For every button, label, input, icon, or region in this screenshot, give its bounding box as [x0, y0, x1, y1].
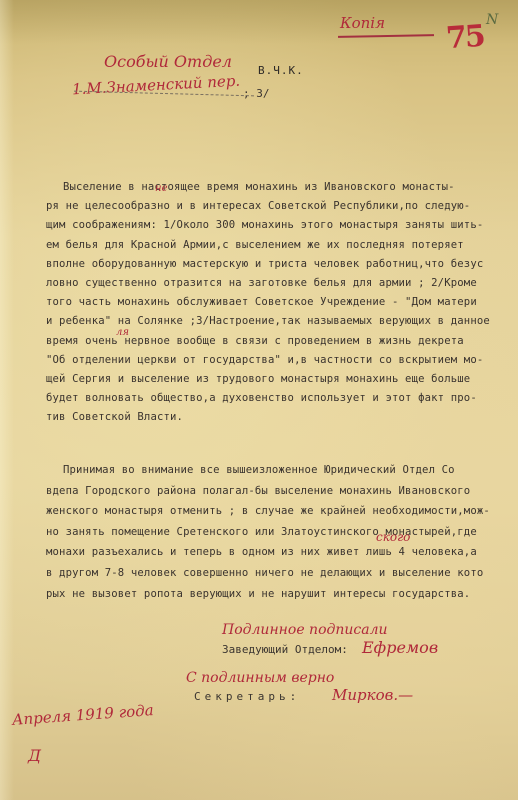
text-line: ря не целесообразно и в интересах Советс… [46, 197, 514, 216]
paper-shading-left [0, 0, 14, 800]
body-paragraph-2: Принимая во внимание все вышеизложенное … [46, 460, 514, 604]
copy-stamp: Копія [340, 14, 385, 32]
handwritten-initial: Д [28, 746, 41, 765]
head-of-department-signature: Ефремов [362, 638, 438, 657]
text-line: щей Сергия и выселение из трудового мона… [46, 370, 514, 389]
paper-shading-top [0, 0, 518, 44]
head-of-department-label: Заведующий Отделом: [222, 643, 348, 656]
handwritten-correction: ля [116, 327, 129, 338]
text-line: в другом 7-8 человек совершенно ничего н… [46, 563, 514, 584]
text-line: того часть монахинь обслуживает Советско… [46, 293, 514, 312]
certified-copy-note: С подлинным верно [186, 670, 334, 686]
header-address-number: ; 3/ [243, 87, 270, 100]
header-department: Особый Отдел [104, 52, 232, 71]
body-paragraph-1: Выселение в настоящее время монахинь из … [46, 178, 514, 428]
handwritten-insertion: не [155, 183, 168, 194]
secretary-signature: Мирков.— [332, 686, 413, 704]
text-line: щим соображениям: 1/Около 300 монахинь э… [46, 216, 514, 235]
text-line: Выселение в настоящее время монахинь из … [46, 178, 514, 197]
text-line: Принимая во внимание все вышеизложенное … [46, 460, 514, 481]
secretary-label: Секретарь: [194, 690, 300, 703]
text-line: ем белья для Красной Армии,с выселением … [46, 236, 514, 255]
archival-document-page: Копія 75 N Особый Отдел В.Ч.К. 1.М.Знаме… [0, 0, 518, 800]
handwritten-date: Апреля 1919 года [12, 701, 155, 729]
text-line: женского монастыря отменить ; в случае ж… [46, 501, 514, 522]
text-line: "Об отделении церкви от государства" и,в… [46, 351, 514, 370]
text-line: но занять помещение Сретенского или Злат… [46, 522, 514, 543]
text-line: монахи разъехались и теперь в одном из н… [46, 542, 514, 563]
text-line: рых не вызовет ропота верующих и не нару… [46, 584, 514, 605]
text-line: ловно существенно отразится на заготовке… [46, 274, 514, 293]
text-line: тив Советской Власти. [46, 408, 514, 427]
text-line: вполне оборудованную мастерскую и триста… [46, 255, 514, 274]
original-signed-note: Подлинное подписали [222, 622, 388, 638]
header-organization: В.Ч.К. [258, 64, 304, 77]
folio-mark: N [486, 12, 498, 28]
text-line: вдепа Городского района полагал-бы высел… [46, 481, 514, 502]
text-line: будет волновать общество,а духовенство и… [46, 389, 514, 408]
folio-number: 75 [445, 19, 485, 57]
handwritten-correction: ского [376, 530, 410, 544]
